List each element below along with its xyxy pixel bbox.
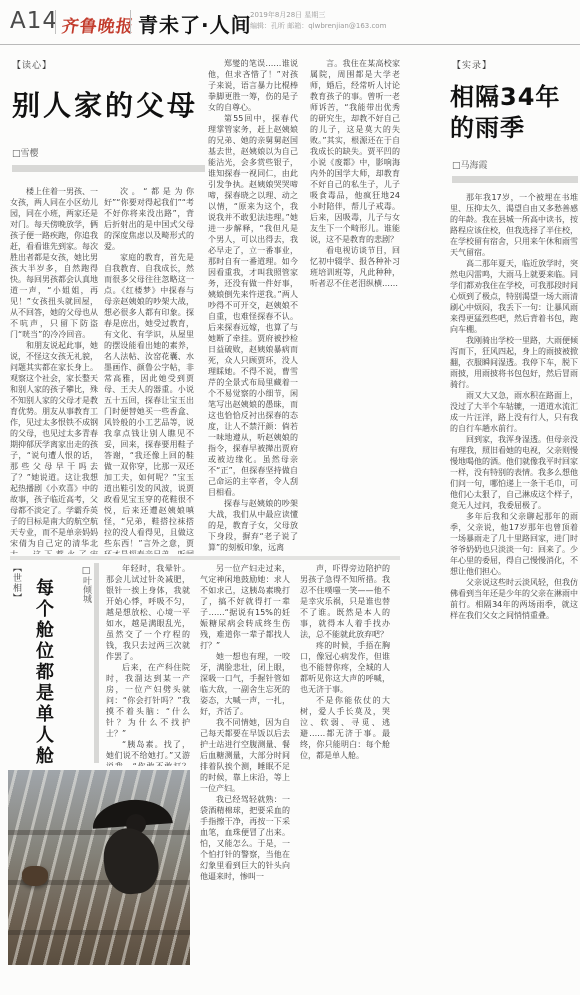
article1-byline: □雪樱 [12,146,39,159]
article1-headline: 别人家的父母 [12,84,198,124]
section-title: 青未了·人间 [138,9,252,38]
article1-column-1: 楼上住着一男孩、一女孩，两人同在小区幼儿园，同在小班，两家还是对门。每天傍晚放学… [10,186,98,554]
article2-byline: □马海霞 [452,158,488,171]
article3-headline: 每个舱位都是单人舱 [30,578,56,770]
body-paragraph: 多年后我和父亲聊起那年的雨季，父亲说，他17岁那年也曾顶着一场暴雨走了几十里路回… [450,511,578,577]
body-paragraph: 我刚骑出学校一里路，大雨便倾泻而下，狂风四起，身上的雨披被掀翻，衣服瞬间湿透。我… [450,335,578,390]
article2-rule [452,176,578,183]
article1-rule [12,165,205,172]
newspaper-page: A14 齐鲁晚报 青未了·人间 2019年8月28日 星期三 编辑：孔昕 邮箱：… [0,0,580,995]
article2-column-1: 那年我17岁，一个被埋在书堆里、压抑太久、渴望自由又多愁善感的年龄。我在县城一所… [450,192,578,965]
header-divider [55,10,56,34]
editor-line: 编辑：孔昕 邮箱：qlwbrenjian@163.com [250,21,386,32]
body-paragraph: 看电视访谈节目，回忆初中辍学、报各种补习班培训班等，凡此种种，听者忍不住老泪纵横… [310,245,400,289]
header-meta: 2019年8月28日 星期三 编辑：孔昕 邮箱：qlwbrenjian@163.… [250,10,386,32]
article1-column-3: 郑燮的笔误……谁说他，但求吝惜了！”对孩子来说，语言暴力比棍棒拳脚更胜一筹，伤的… [208,58,298,554]
article3-column-1: 年轻时，我晕针。那会儿试过针灸减肥，银针一挨上身体，我就开始心悸，呼吸不匀，越是… [106,563,190,766]
header-divider [130,10,131,34]
article3-column-2: 另一位产妇走过来，气定神闲地鼓励她：求人不如求己，这胰岛素晚打了，搞不好就得打一… [200,563,290,963]
article1-column-4: 言。我住在某高校家属院，周围都是大学老师，婚后，经常听人讨论教育孩子的事。曾听一… [310,58,400,554]
article3-tag: 【世相】 [10,563,23,623]
page-header: A14 齐鲁晚报 青未了·人间 2019年8月28日 星期三 编辑：孔昕 邮箱：… [0,0,580,45]
article2-headline: 相隔34年的雨季 [450,82,578,144]
body-paragraph: 疼的时候，手捂在胸口，像冠心病发作，但谁也不能替你疼，全城的人都听见你这大声的呼… [300,640,390,695]
body-paragraph: 第55回中，探春代理掌管家务，赶上赵姨娘的兄弟、她的亲舅舅赵国基去世，赵姨娘以为… [208,113,298,498]
section-separator [10,556,400,560]
body-paragraph: 我不同情她，因为自己每天都要在早饭以后去护士站进行空腹测量、餐后血糖测量，大部分… [200,717,290,794]
body-paragraph: 探春与赵姨娘的吵架大战，我们从中最应读懂的是，教育子女，父母放下身段，摒弃“老子… [208,498,298,553]
body-paragraph: 后来，在产科住院时，我溜达到某一产房，一位产妇劈头就问：“你会打针吗？”我摸不着… [106,662,190,739]
body-paragraph: 雨又大又急，雨水积在路面上，没过了大半个车轱辘，一道道水流汇成一片汪洋，路上没有… [450,390,578,434]
article2-tag: 【实录】 [452,58,492,71]
body-paragraph: 父亲说这些时云淡风轻，但我仿佛看到当年还是少年的父亲在淋雨中前行。相隔34年的两… [450,577,578,621]
article3-photo [8,770,190,965]
body-paragraph: 我已经驾轻就熟：一袋酒精棉球，把要采血的手指擦干净，再按一下采血笔，血珠便冒了出… [200,794,290,882]
railway-tie [8,930,190,935]
body-paragraph: “胰岛素。找了，她们说不给她打。”又游说我，“你敢不敢打？不用找血管，皮下扎就行… [106,739,190,766]
page-number: A14 [10,8,58,34]
article3-rule [94,563,99,763]
article1-column-2: 次。“都是为你好”“你要对得起我们”“考不好你将来没出路”，背后折射出的是中国式… [104,186,194,554]
body-paragraph: 家庭的教育，首先是自我教育、自我成长，然而很多父母往往忽略这一点。《红楼梦》中探… [104,252,194,554]
body-paragraph: 她一想也有理，一咬牙，满脸悲壮，闭上眼，深吸一口气，手握针管如临大敌，一副舍生忘… [200,651,290,717]
body-paragraph: 回到家，我浑身湿透。但母亲没有理我，照旧看她的电视，父亲则慢慢地喝他的酒。他们就… [450,434,578,511]
article3-column-3: 声，吓得旁边陪护的男孩子急得不知所措。我忍不住噗嗤一笑——他不是幸灾乐祸，只是谁… [300,563,390,963]
body-paragraph: 高二那年夏天，临近放学时，突然电闪雷鸣，大雨马上就要来临。同学们都劝我住在学校，… [450,258,578,335]
body-paragraph: 不是你能依仗的大树，爱人手长莫及，哭泣、软弱、寻觅、逃避……都无济于事。最终，你… [300,695,390,761]
body-paragraph: 楼上住着一男孩、一女孩，两人同在小区幼儿园，同在小班，两家还是对门。每天傍晚放学… [10,186,98,340]
body-paragraph: 郑燮的笔误……谁说他，但求吝惜了！”对孩子来说，语言暴力比棍棒拳脚更胜一筹，伤的… [208,58,298,113]
body-paragraph: 次。“都是为你好”“你要对得起我们”“考不好你将来没出路”，背后折射出的是中国式… [104,186,194,252]
body-paragraph: 那年我17岁，一个被埋在书堆里、压抑太久、渴望自由又多愁善感的年龄。我在县城一所… [450,192,578,258]
railway-tie [8,830,190,835]
date-line: 2019年8月28日 星期三 [250,10,386,21]
kettle [22,866,48,886]
body-paragraph: 另一位产妇走过来，气定神闲地鼓励她：求人不如求己，这胰岛素晚打了，搞不好就得打一… [200,563,290,651]
body-paragraph: 和朋友说起此事，她说，不怪这女孩无礼貌，问题其实都在家长身上。观察这个社会，家长… [10,340,98,554]
body-paragraph: 言。我住在某高校家属院，周围都是大学老师，婚后，经常听人讨论教育孩子的事。曾听一… [310,58,400,245]
article1-tag: 【读心】 [12,58,52,71]
article3-byline: □叶倾城 [80,566,93,626]
body-paragraph: 年轻时，我晕针。那会儿试过针灸减肥，银针一挨上身体，我就开始心悸，呼吸不匀，越是… [106,563,190,662]
body-paragraph: 声，吓得旁边陪护的男孩子急得不知所措。我忍不住噗嗤一笑——他不是幸灾乐祸，只是谁… [300,563,390,640]
masthead-logo: 齐鲁晚报 [60,12,136,37]
